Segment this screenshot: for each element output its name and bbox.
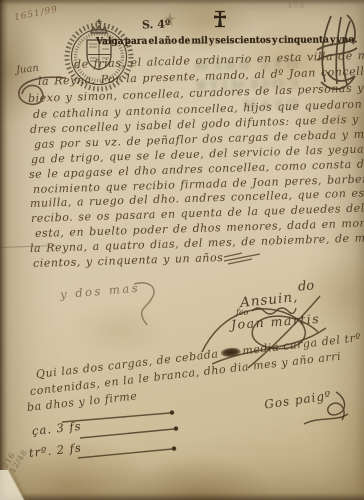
paper-left-edge bbox=[0, 0, 8, 500]
line-end-flourish-icon bbox=[222, 250, 264, 266]
paper-corner-fold bbox=[0, 470, 52, 500]
cert-signature-rubric-icon bbox=[296, 388, 352, 430]
cross-pattee-icon bbox=[212, 9, 228, 29]
cross-faint-icon bbox=[163, 12, 177, 28]
folio-number: 498 bbox=[287, 1, 305, 10]
inked-out-word bbox=[220, 347, 241, 358]
postscript-flourish-icon bbox=[126, 278, 166, 328]
manuscript-page: 1651/99 498 OYE DREM COSEMITR OYAM S. 4º bbox=[0, 0, 364, 500]
archival-note-top-left: 1651/99 bbox=[13, 5, 58, 23]
paper-bottom-edge bbox=[0, 493, 364, 500]
tally-strokes-icon bbox=[18, 406, 190, 468]
